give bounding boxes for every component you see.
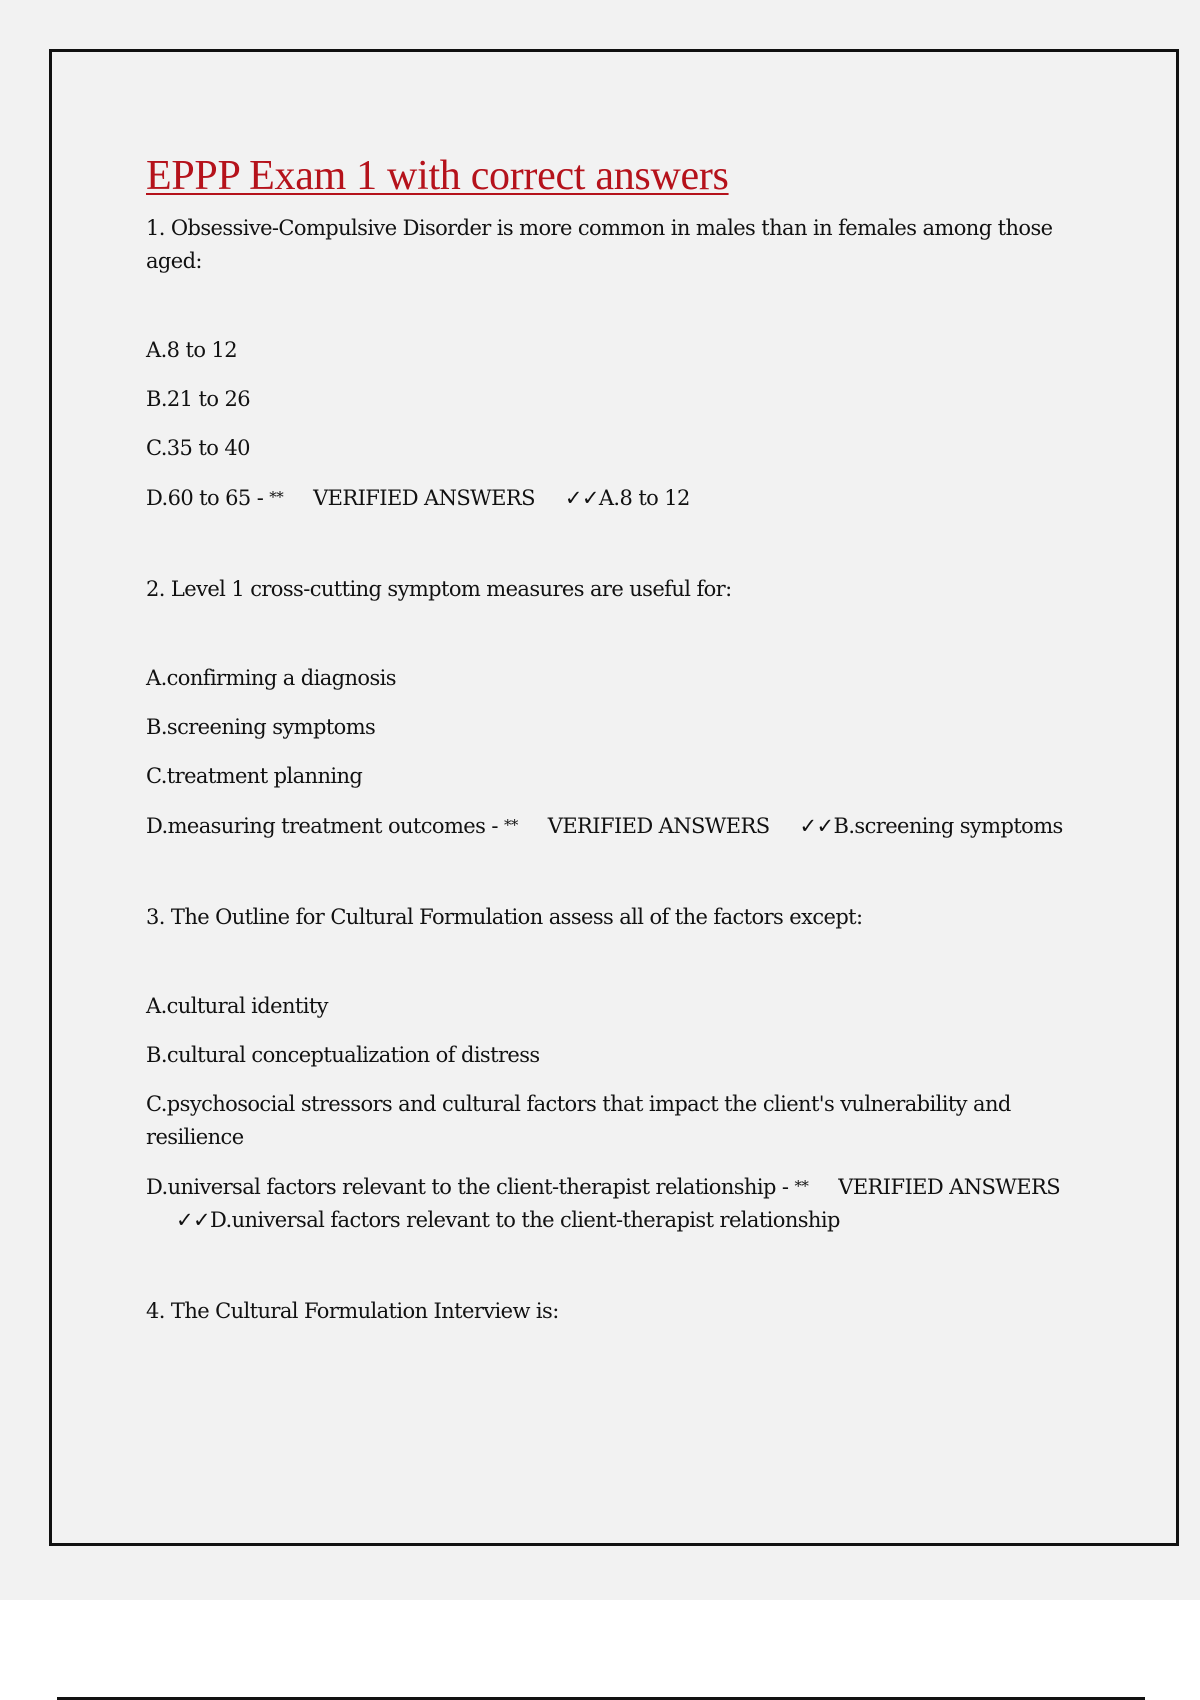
options-list: A.cultural identity B.cultural conceptua…	[146, 990, 1076, 1237]
verified-label: VERIFIED ANSWERS	[838, 1175, 1060, 1199]
option-a: A.cultural identity	[146, 990, 1076, 1023]
correct-answer: D.universal factors relevant to the clie…	[210, 1208, 840, 1232]
option-b: B.cultural conceptualization of distress	[146, 1039, 1076, 1072]
check-icon: ✓✓	[565, 486, 599, 510]
option-d-with-answer: D.measuring treatment outcomes - **VERIF…	[146, 809, 1076, 843]
option-d: D.60 to 65 -	[146, 486, 263, 510]
question-text: 1. Obsessive-Compulsive Disorder is more…	[146, 212, 1076, 278]
question-3: 3. The Outline for Cultural Formulation …	[146, 901, 1076, 1237]
option-d-with-answer: D.60 to 65 - **VERIFIED ANSWERS✓✓A.8 to …	[146, 481, 1076, 515]
marker: **	[794, 1177, 808, 1195]
correct-answer: B.screening symptoms	[834, 814, 1063, 838]
option-c: C.psychosocial stressors and cultural fa…	[146, 1088, 1076, 1154]
question-text: 3. The Outline for Cultural Formulation …	[146, 901, 1076, 934]
option-d: D.measuring treatment outcomes -	[146, 814, 498, 838]
options-list: A.8 to 12 B.21 to 26 C.35 to 40 D.60 to …	[146, 334, 1076, 515]
verified-label: VERIFIED ANSWERS	[548, 814, 770, 838]
question-2: 2. Level 1 cross-cutting symptom measure…	[146, 573, 1076, 843]
option-a: A.8 to 12	[146, 334, 1076, 367]
marker: **	[269, 488, 283, 506]
verified-label: VERIFIED ANSWERS	[313, 486, 535, 510]
option-a: A.confirming a diagnosis	[146, 662, 1076, 695]
question-text: 2. Level 1 cross-cutting symptom measure…	[146, 573, 1076, 606]
correct-answer: A.8 to 12	[599, 486, 690, 510]
option-b: B.21 to 26	[146, 383, 1076, 416]
document-title: EPPP Exam 1 with correct answers	[146, 150, 1076, 202]
question-1: 1. Obsessive-Compulsive Disorder is more…	[146, 212, 1076, 515]
option-d: D.universal factors relevant to the clie…	[146, 1175, 788, 1199]
check-icon: ✓✓	[800, 814, 834, 838]
option-d-with-answer: D.universal factors relevant to the clie…	[146, 1170, 1076, 1237]
options-list: A.confirming a diagnosis B.screening sym…	[146, 662, 1076, 843]
question-4: 4. The Cultural Formulation Interview is…	[146, 1295, 1076, 1328]
question-text: 4. The Cultural Formulation Interview is…	[146, 1295, 1076, 1328]
option-c: C.treatment planning	[146, 760, 1076, 793]
document-content: EPPP Exam 1 with correct answers 1. Obse…	[146, 150, 1076, 1328]
option-c: C.35 to 40	[146, 432, 1076, 465]
marker: **	[504, 816, 518, 834]
check-icon: ✓✓	[176, 1208, 210, 1232]
option-b: B.screening symptoms	[146, 711, 1076, 744]
